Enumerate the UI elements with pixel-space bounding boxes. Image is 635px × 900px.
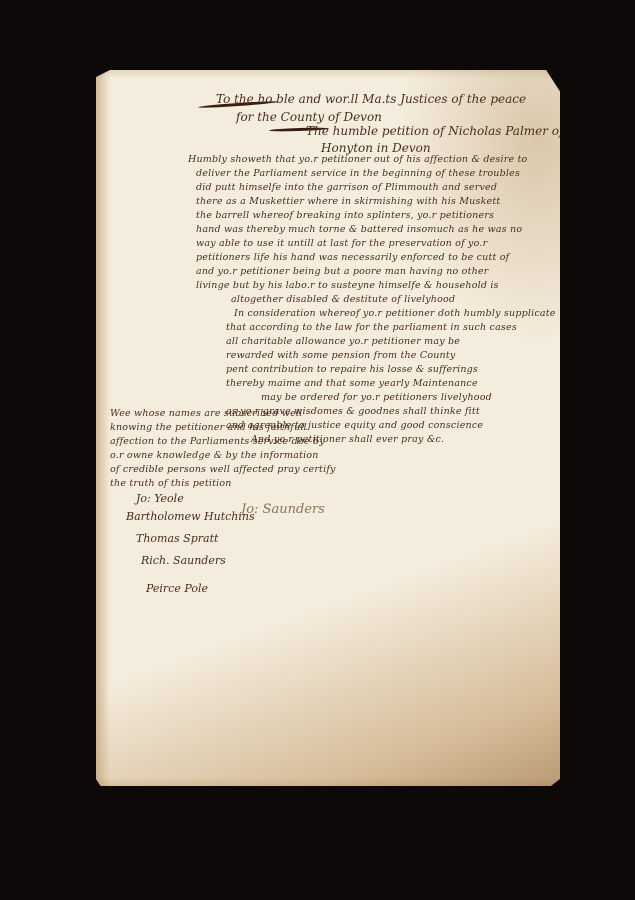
address-line: for the County of Devon	[236, 110, 382, 124]
petition-title: Honyton in Devon	[321, 141, 431, 155]
body-line: altogether disabled & destitute of livel…	[231, 294, 455, 305]
prayer-line: all charitable allowance yo.r petitioner…	[226, 336, 460, 347]
attestation-line: o.r owne knowledge & by the information	[110, 450, 319, 461]
body-line: livinge but by his labo.r to susteyne hi…	[196, 280, 499, 291]
prayer-line: In consideration whereof yo.r petitioner…	[234, 308, 556, 319]
prayer-line: that according to the law for the parlia…	[226, 322, 517, 333]
prayer-line: rewarded with some pension from the Coun…	[226, 350, 455, 361]
body-line: hand was thereby much torne & battered i…	[196, 224, 522, 235]
attestation-line: knowing the petitioner and his faithfull	[110, 422, 307, 433]
petition-title: The humble petition of Nicholas Palmer o…	[306, 124, 563, 138]
prayer-line: pent contribution to repaire his losse &…	[226, 364, 478, 375]
attestation-line: affection to the Parliaments service doe…	[110, 436, 325, 447]
signature: Peirce Pole	[146, 582, 208, 595]
signature: Jo: Saunders	[241, 502, 325, 517]
body-line: there as a Muskettier where in skirmishi…	[196, 196, 500, 207]
body-line: deliver the Parliament service in the be…	[196, 168, 520, 179]
body-line: did putt himselfe into the garrison of P…	[196, 182, 497, 193]
signature: Rich. Saunders	[141, 554, 226, 567]
signature: Thomas Spratt	[136, 532, 218, 545]
signature: Bartholomew Hutchins	[126, 510, 255, 523]
prayer-line: may be ordered for yo.r petitioners live…	[261, 392, 492, 403]
body-line: petitioners life his hand was necessaril…	[196, 252, 509, 263]
prayer-line: thereby maime and that some yearly Maint…	[226, 378, 478, 389]
attestation-line: Wee whose names are subscribed well	[110, 408, 302, 419]
body-line: way able to use it untill at last for th…	[196, 238, 487, 249]
attestation-line: the truth of this petition	[110, 478, 232, 489]
body-line: and yo.r petitioner being but a poore ma…	[196, 266, 489, 277]
body-line: the barrell whereof breaking into splint…	[196, 210, 494, 221]
body-line: Humbly showeth that yo.r petitioner out …	[188, 154, 527, 165]
address-line: To the ho.ble and wor.ll Ma.ts Justices …	[216, 92, 526, 106]
attestation-line: of credible persons well affected pray c…	[110, 464, 336, 475]
signature: Jo: Yeole	[136, 492, 184, 505]
manuscript-page: To the ho.ble and wor.ll Ma.ts Justices …	[96, 70, 560, 786]
